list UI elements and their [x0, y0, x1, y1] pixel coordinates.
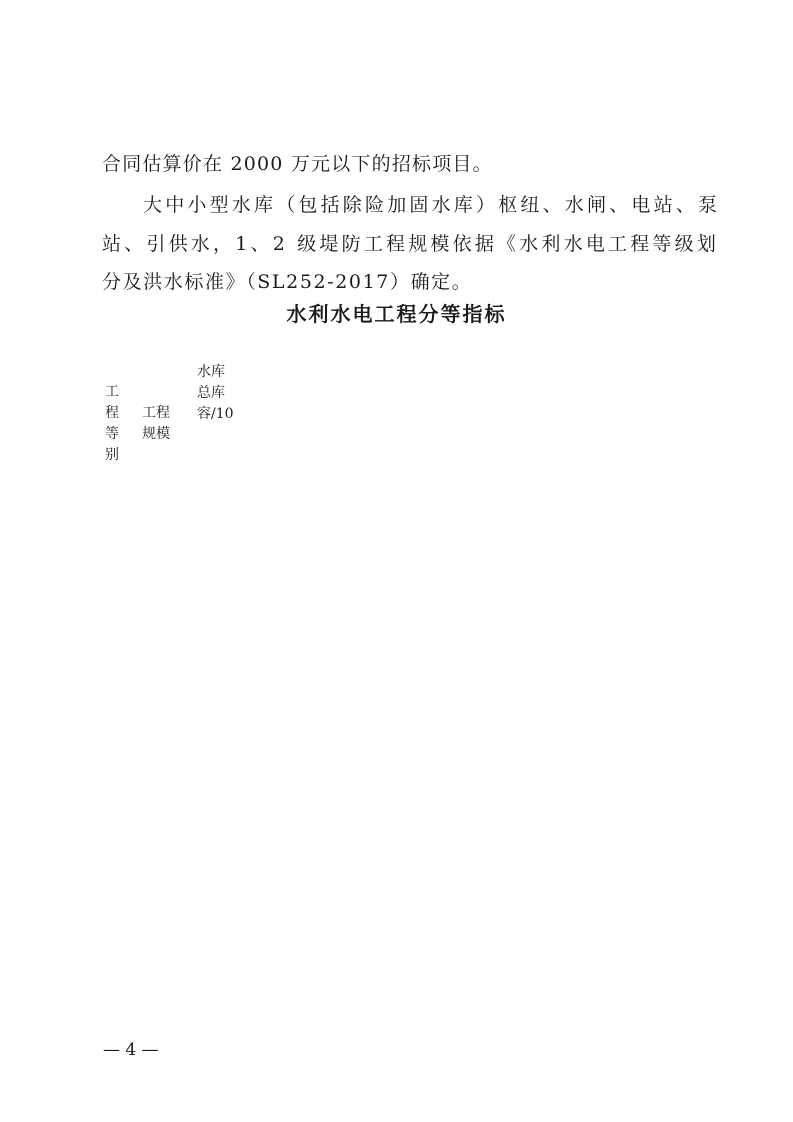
- header-reservoir-capacity: 水库 总库 容/10: [197, 362, 247, 425]
- paragraph-line-3: 站、引供水，1、2 级堤防工程规模依据《水利水电工程等级划: [102, 229, 719, 256]
- header-project-scale: 工程 规模: [142, 403, 182, 445]
- page-number: — 4 —: [103, 1040, 159, 1060]
- paragraph-line-1: 合同估算价在 2000 万元以下的招标项目。: [102, 149, 493, 176]
- table-title: 水利水电工程分等指标: [0, 298, 793, 327]
- header-project-grade: 工 程 等 别: [105, 382, 125, 466]
- paragraph-line-4: 分及洪水标准》（SL252-2017）确定。: [102, 267, 472, 294]
- paragraph-line-2: 大中小型水库（包括除险加固水库）枢纽、水闸、电站、泵: [143, 190, 720, 217]
